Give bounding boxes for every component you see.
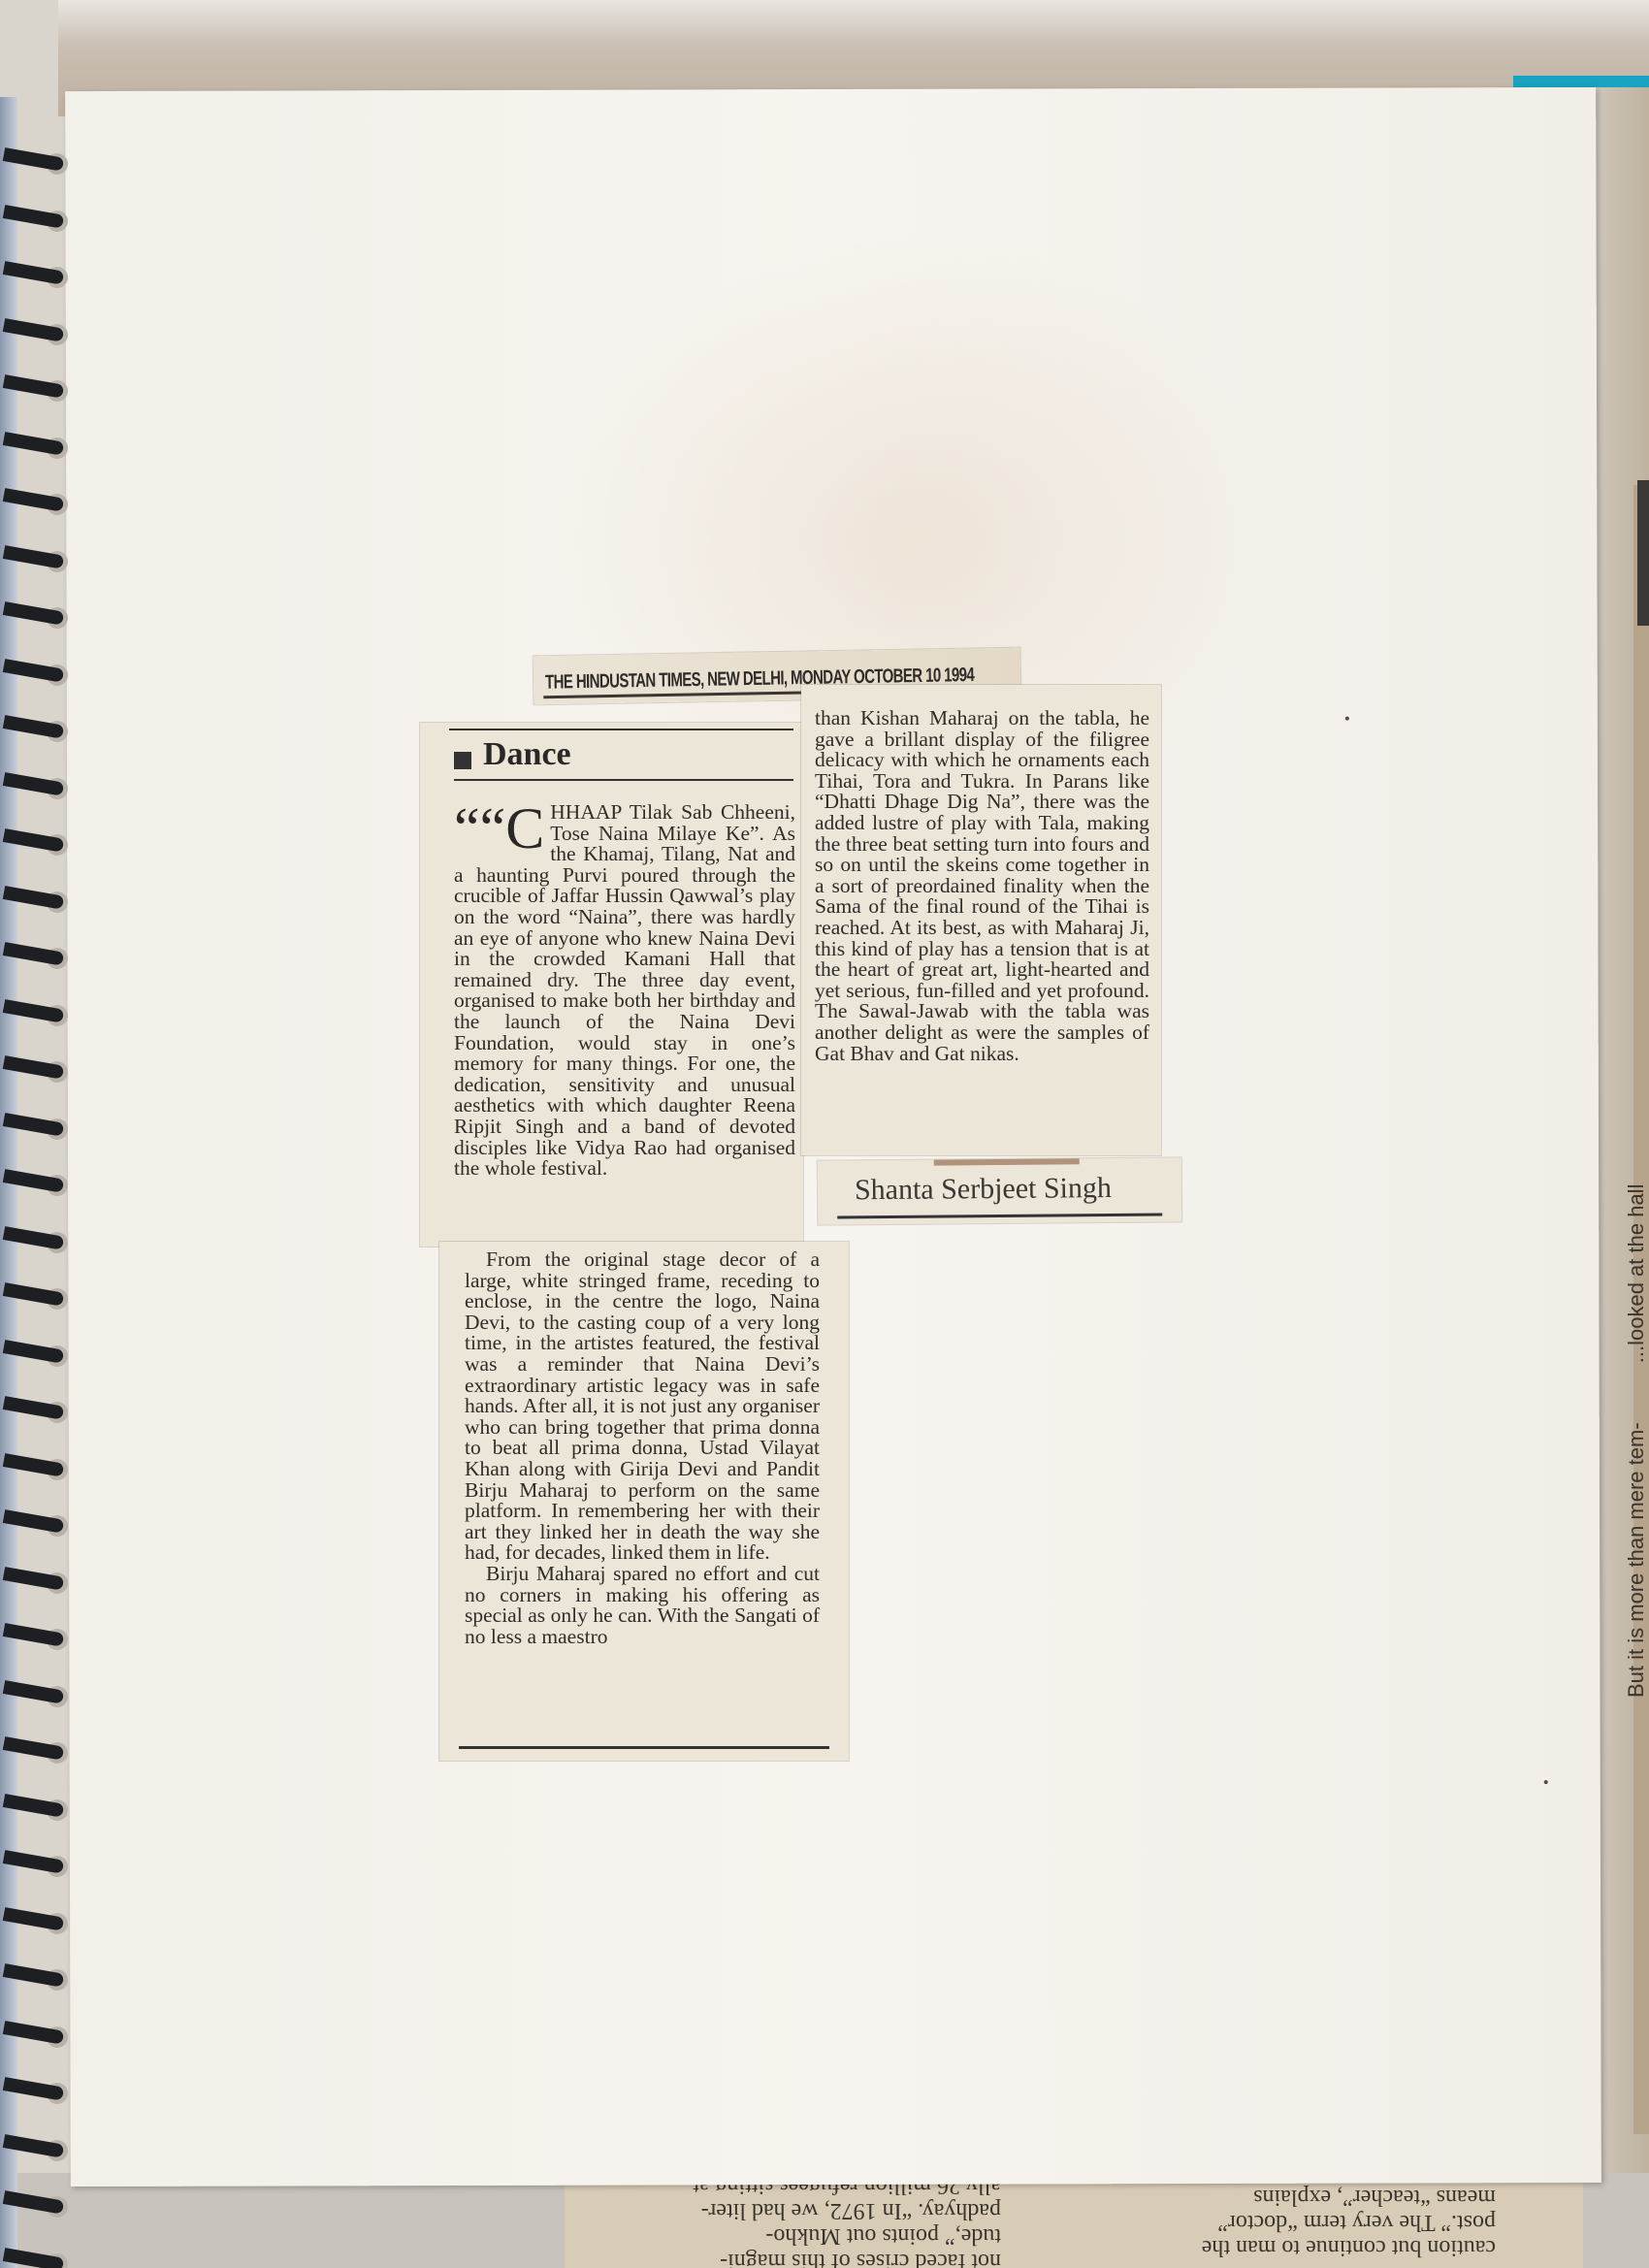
bottom-clip-line: padhyay. “In 1972, we had liter- (701, 2198, 1001, 2223)
bottom-clip-line: means “teacher”, explains (1253, 2185, 1496, 2210)
column-1-text-lower: From the original stage decor of a large… (465, 1249, 820, 1647)
column-1-text-upper: ““CHHAAP Tilak Sab Chheeni, Tose Naina M… (454, 802, 795, 1180)
right-edge-clipping: But it is more than mere tem- ...looked … (1622, 679, 1649, 1698)
column-2-text: than Kishan Maharaj on the tabla, he gav… (815, 708, 1149, 1064)
drop-cap: ““C (454, 806, 544, 851)
bottom-clip-line: tude,” points out Mukho- (765, 2223, 1001, 2249)
byline-rule (837, 1214, 1162, 1219)
column-top-rule (449, 729, 793, 730)
right-edge-text: But it is more than mere tem- ...looked … (1624, 679, 1649, 1698)
article-column-2-clipping: than Kishan Maharaj on the tabla, he gav… (801, 685, 1161, 1155)
byline-clipping: Shanta Serbjeet Singh (818, 1157, 1182, 1224)
section-title: Dance (483, 736, 571, 773)
section-heading: Dance (454, 736, 793, 781)
spiral-binding (0, 97, 126, 2268)
square-bullet-icon (454, 752, 471, 769)
bottom-clip-line: post.” The very term “doctor” (1217, 2210, 1496, 2235)
bottom-clip-line: not faced crises of this magni- (720, 2249, 1001, 2268)
article-column-1-clipping: Dance ““CHHAAP Tilak Sab Chheeni, Tose N… (420, 723, 803, 1247)
right-edge-line-1: But it is more than mere tem- (1624, 1422, 1648, 1698)
paragraph-3: Birju Maharaj spared no effort and cut n… (465, 1564, 820, 1647)
author-byline: Shanta Serbjeet Singh (855, 1172, 1112, 1207)
paragraph-4: than Kishan Maharaj on the tabla, he gav… (815, 708, 1149, 1064)
article-column-1-lower-clipping: From the original stage decor of a large… (439, 1242, 849, 1761)
paragraph-2: From the original stage decor of a large… (465, 1249, 820, 1564)
column-bottom-rule (459, 1746, 829, 1749)
page-speck (1345, 717, 1349, 721)
bottom-clip-line: caution but continue to man the (1202, 2235, 1496, 2260)
underlying-photo-edge (1637, 480, 1649, 626)
right-edge-line-2: ...looked at the hall (1624, 1184, 1648, 1364)
blue-divider-tab (1513, 76, 1649, 87)
tape-stain (934, 1158, 1080, 1165)
page-speck (1544, 1780, 1548, 1784)
